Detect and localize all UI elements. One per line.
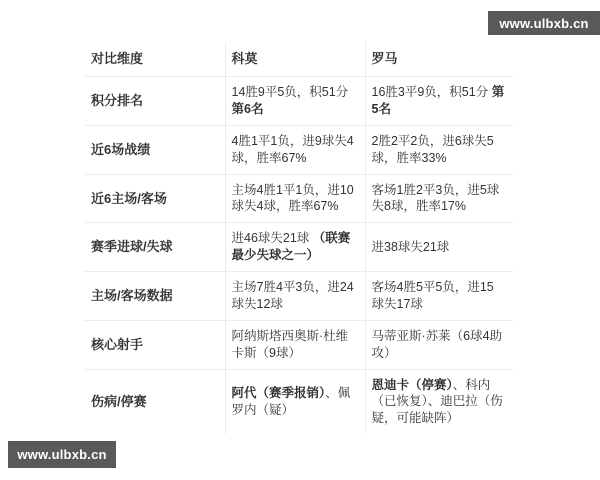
row-label: 核心射手 bbox=[85, 320, 225, 369]
cell-text: 主场7胜4平3负，进24球失12球 bbox=[232, 280, 354, 311]
table-body: 积分排名14胜9平5负，积51分 第6名16胜3平9负，积51分 第5名近6场战… bbox=[85, 77, 513, 435]
header-como: 科莫 bbox=[225, 42, 365, 77]
cell-como: 主场4胜1平1负，进10球失4球，胜率67% bbox=[225, 174, 365, 223]
table-row: 主场/客场数据主场7胜4平3负，进24球失12球客场4胜5平5负，进15球失17… bbox=[85, 272, 513, 321]
table-row: 近6场战绩4胜1平1负，进9球失4球，胜率67%2胜2平2负，进6球失5球，胜率… bbox=[85, 125, 513, 174]
row-label: 伤病/停赛 bbox=[85, 369, 225, 434]
header-roma: 罗马 bbox=[365, 42, 513, 77]
cell-text-bold: 阿代（赛季报销） bbox=[232, 386, 326, 400]
table-row: 核心射手阿纳斯塔西奥斯·杜维卡斯（9球）马蒂亚斯·苏莱（6球4助攻） bbox=[85, 320, 513, 369]
cell-como: 4胜1平1负，进9球失4球，胜率67% bbox=[225, 125, 365, 174]
row-label: 主场/客场数据 bbox=[85, 272, 225, 321]
cell-text: 客场4胜5平5负，进15球失17球 bbox=[372, 280, 494, 311]
page: www.ulbxb.cn 对比维度 科莫 罗马 积分排名14胜9平5负，积51分… bbox=[0, 0, 600, 480]
row-label: 积分排名 bbox=[85, 77, 225, 126]
cell-roma: 进38球失21球 bbox=[365, 223, 513, 272]
table-row: 积分排名14胜9平5负，积51分 第6名16胜3平9负，积51分 第5名 bbox=[85, 77, 513, 126]
cell-text: 2胜2平2负，进6球失5球，胜率33% bbox=[372, 134, 494, 165]
row-label: 近6主场/客场 bbox=[85, 174, 225, 223]
cell-text: 进46球失21球 bbox=[232, 231, 313, 245]
cell-text-bold: 恩迪卡（停赛） bbox=[372, 378, 453, 392]
row-label: 近6场战绩 bbox=[85, 125, 225, 174]
header-dimension: 对比维度 bbox=[85, 42, 225, 77]
cell-text: 4胜1平1负，进9球失4球，胜率67% bbox=[232, 134, 354, 165]
comparison-table: 对比维度 科莫 罗马 积分排名14胜9平5负，积51分 第6名16胜3平9负，积… bbox=[85, 42, 513, 434]
cell-roma: 16胜3平9负，积51分 第5名 bbox=[365, 77, 513, 126]
table-header-row: 对比维度 科莫 罗马 bbox=[85, 42, 513, 77]
cell-text: 客场1胜2平3负，进5球失8球，胜率17% bbox=[372, 183, 500, 214]
cell-como: 阿纳斯塔西奥斯·杜维卡斯（9球） bbox=[225, 320, 365, 369]
cell-text: 16胜3平9负，积51分 bbox=[372, 85, 492, 99]
cell-roma: 马蒂亚斯·苏莱（6球4助攻） bbox=[365, 320, 513, 369]
cell-text-bold: 第6名 bbox=[232, 102, 264, 116]
cell-roma: 2胜2平2负，进6球失5球，胜率33% bbox=[365, 125, 513, 174]
cell-como: 14胜9平5负，积51分 第6名 bbox=[225, 77, 365, 126]
cell-text: 主场4胜1平1负，进10球失4球，胜率67% bbox=[232, 183, 354, 214]
cell-como: 阿代（赛季报销）、佩罗内（疑） bbox=[225, 369, 365, 434]
table-row: 伤病/停赛阿代（赛季报销）、佩罗内（疑）恩迪卡（停赛）、科内（已恢复）、迪巴拉（… bbox=[85, 369, 513, 434]
cell-como: 进46球失21球 （联赛最少失球之一） bbox=[225, 223, 365, 272]
table-row: 赛季进球/失球进46球失21球 （联赛最少失球之一）进38球失21球 bbox=[85, 223, 513, 272]
cell-como: 主场7胜4平3负，进24球失12球 bbox=[225, 272, 365, 321]
cell-text: 进38球失21球 bbox=[372, 240, 450, 254]
cell-text: 14胜9平5负，积51分 bbox=[232, 85, 349, 99]
cell-roma: 客场1胜2平3负，进5球失8球，胜率17% bbox=[365, 174, 513, 223]
table-row: 近6主场/客场主场4胜1平1负，进10球失4球，胜率67%客场1胜2平3负，进5… bbox=[85, 174, 513, 223]
cell-text: 阿纳斯塔西奥斯·杜维卡斯（9球） bbox=[232, 329, 349, 360]
watermark-bottom: www.ulbxb.cn bbox=[8, 441, 116, 468]
watermark-top: www.ulbxb.cn bbox=[488, 11, 600, 35]
cell-text: 马蒂亚斯·苏莱（6球4助攻） bbox=[372, 329, 503, 360]
row-label: 赛季进球/失球 bbox=[85, 223, 225, 272]
cell-roma: 客场4胜5平5负，进15球失17球 bbox=[365, 272, 513, 321]
cell-roma: 恩迪卡（停赛）、科内（已恢复）、迪巴拉（伤疑，可能缺阵） bbox=[365, 369, 513, 434]
